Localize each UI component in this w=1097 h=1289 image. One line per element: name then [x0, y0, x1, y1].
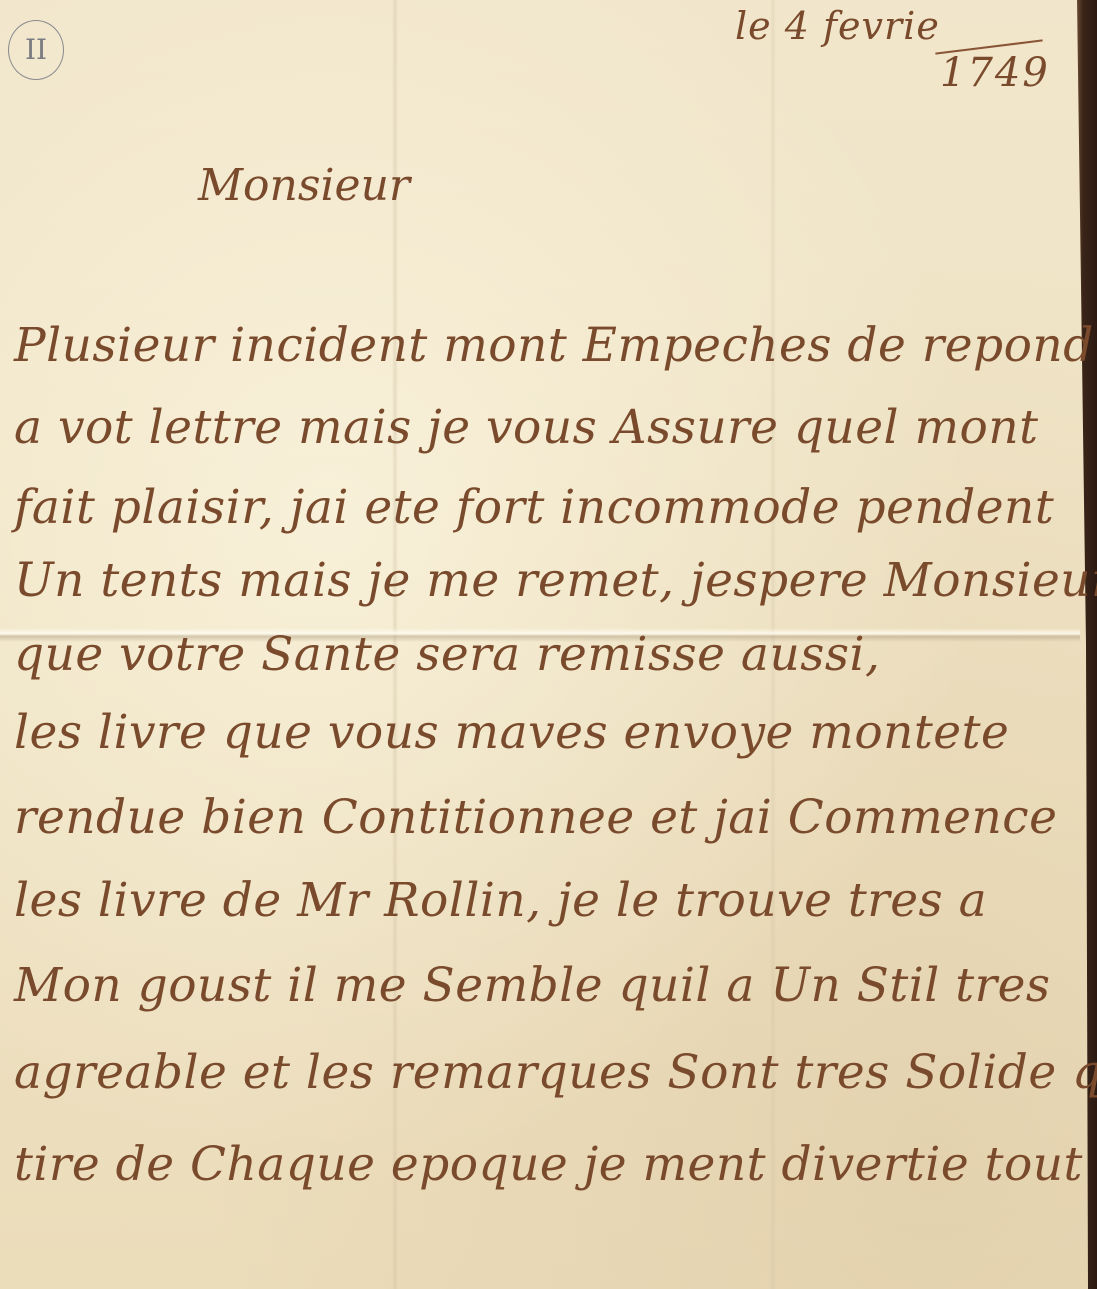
- letter-date: le 4 fevrie: [735, 4, 940, 48]
- letter-line: fait plaisir, jai ete fort incommode pen…: [14, 480, 1054, 535]
- letter-line: Un tents mais je me remet, jespere Monsi…: [14, 553, 1097, 608]
- letter-line: Mon goust il me Semble quil a Un Stil tr…: [14, 958, 1051, 1013]
- letter-line: que votre Sante sera remisse aussi,: [14, 627, 880, 682]
- salutation: Monsieur: [198, 160, 410, 211]
- letter-line: les livre de Mr Rollin, je le trouve tre…: [14, 873, 987, 928]
- letter-line: Plusieur incident mont Empeches de repon…: [14, 318, 1097, 373]
- letter-year: 1749: [940, 50, 1050, 96]
- letter-line: les livre que vous maves envoye montete: [14, 705, 1009, 760]
- letter-line: rendue bien Contitionnee et jai Commence: [14, 790, 1057, 845]
- archive-mark-circled: II: [8, 20, 64, 80]
- letter-line: a vot lettre mais je vous Assure quel mo…: [14, 400, 1039, 455]
- letter-page: II le 4 fevrie 1749 Monsieur Plusieur in…: [0, 0, 1097, 1289]
- letter-line: tire de Chaque epoque je ment divertie t…: [14, 1137, 1083, 1192]
- letter-line: agreable et les remarques Sont tres Soli…: [14, 1045, 1097, 1100]
